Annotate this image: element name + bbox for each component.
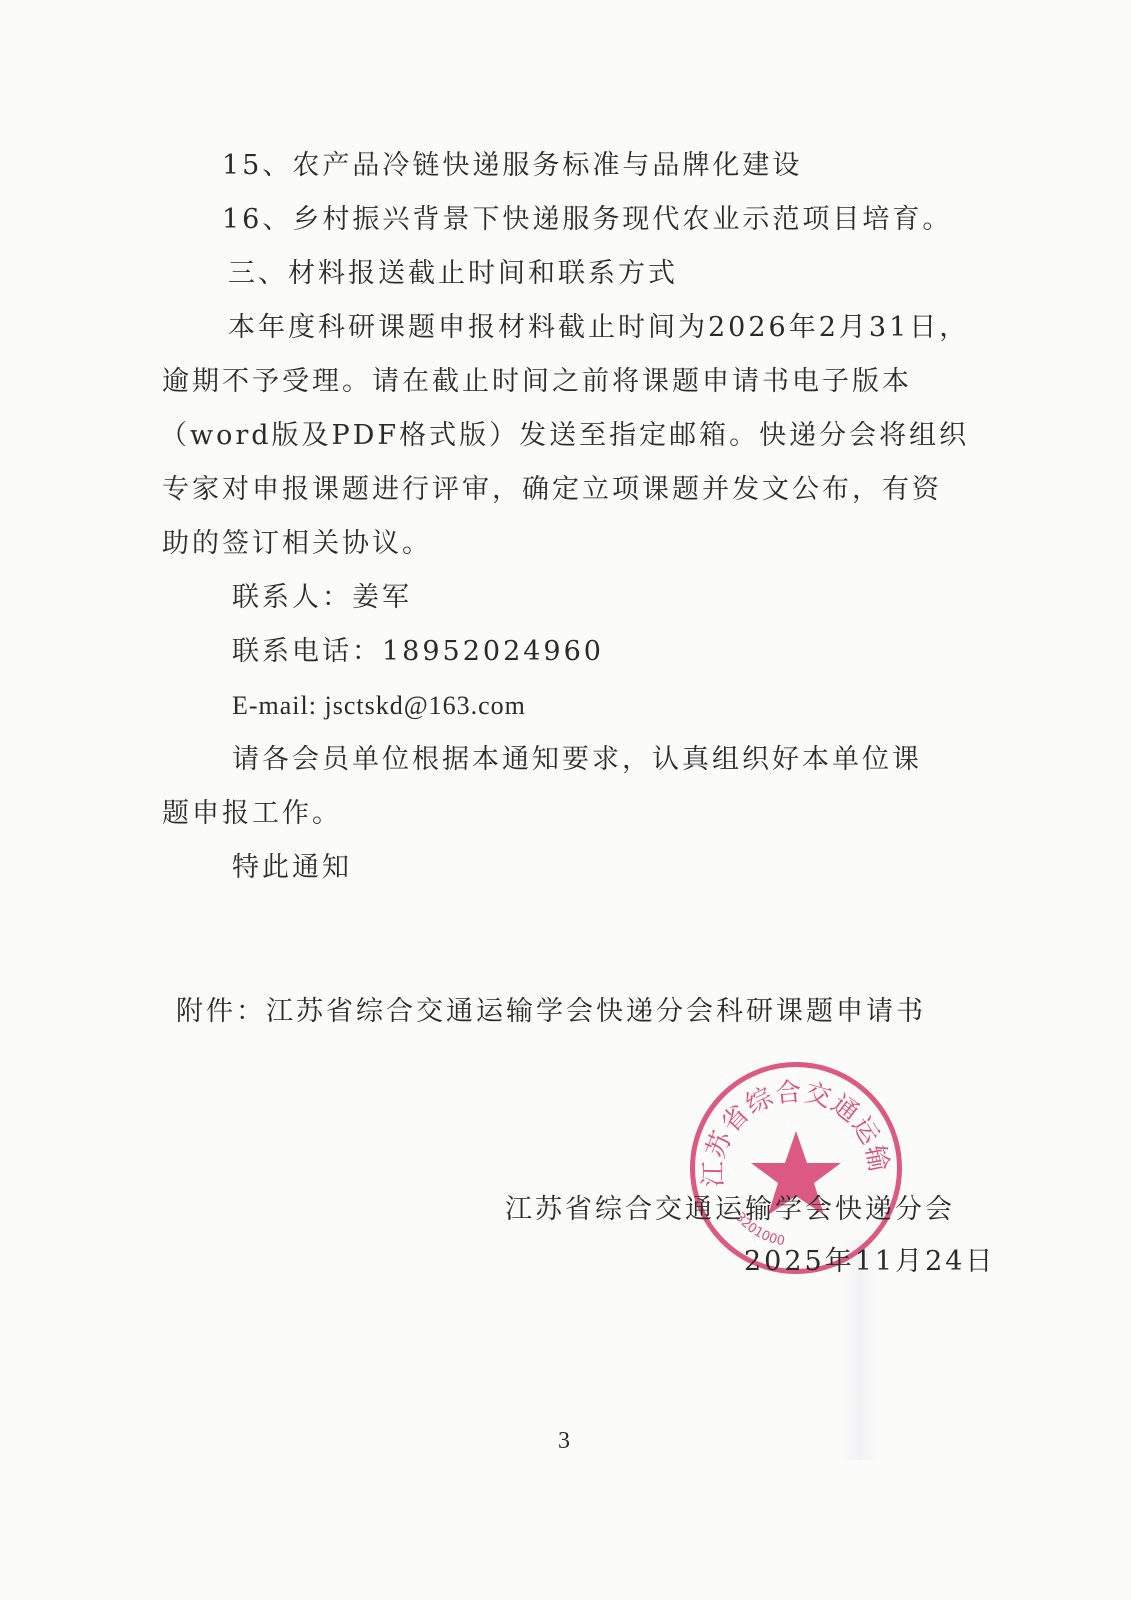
page-number: 3 xyxy=(558,1428,570,1455)
signature-organization: 江苏省综合交通运输学会快递分会 xyxy=(505,1192,955,1228)
paragraph-line: 专家对申报课题进行评审，确定立项课题并发文公布，有资 xyxy=(162,472,942,508)
attachment-line: 附件：江苏省综合交通运输学会快递分会科研课题申请书 xyxy=(176,994,926,1030)
paragraph-line: （word版及PDF格式版）发送至指定邮箱。快递分会将组织 xyxy=(160,418,969,454)
paragraph-line: 本年度科研课题申报材料截止时间为2026年2月31日， xyxy=(228,310,969,346)
signature-date: 2025年11月24日 xyxy=(744,1244,995,1280)
contact-email[interactable]: E-mail: jsctskd@163.com xyxy=(232,688,526,724)
paragraph-line: 逾期不予受理。请在截止时间之前将课题申请书电子版本 xyxy=(162,364,912,400)
seal-star-icon: 江苏省综合交通运输学会快递分会 3201000 xyxy=(695,1067,897,1269)
list-item-16: 16、乡村振兴背景下快递服务现代农业示范项目培育。 xyxy=(222,202,952,238)
document-page: 15、农产品冷链快递服务标准与品牌化建设 16、乡村振兴背景下快递服务现代农业示… xyxy=(0,0,1131,1600)
section-heading: 三、材料报送截止时间和联系方式 xyxy=(228,256,678,292)
closing-text: 特此通知 xyxy=(232,850,352,886)
paragraph-line: 助的签订相关协议。 xyxy=(162,526,432,562)
contact-person: 联系人：姜军 xyxy=(232,580,412,616)
paragraph-line: 题申报工作。 xyxy=(162,796,342,832)
contact-phone: 联系电话：18952024960 xyxy=(232,634,604,670)
list-item-15: 15、农产品冷链快递服务标准与品牌化建设 xyxy=(222,148,802,184)
paragraph-line: 请各会员单位根据本通知要求，认真组织好本单位课 xyxy=(232,742,922,778)
svg-text:江苏省综合交通运输学会快递分会: 江苏省综合交通运输学会快递分会 xyxy=(695,1067,894,1187)
seal-text: 江苏省综合交通运输学会快递分会 xyxy=(695,1067,894,1187)
